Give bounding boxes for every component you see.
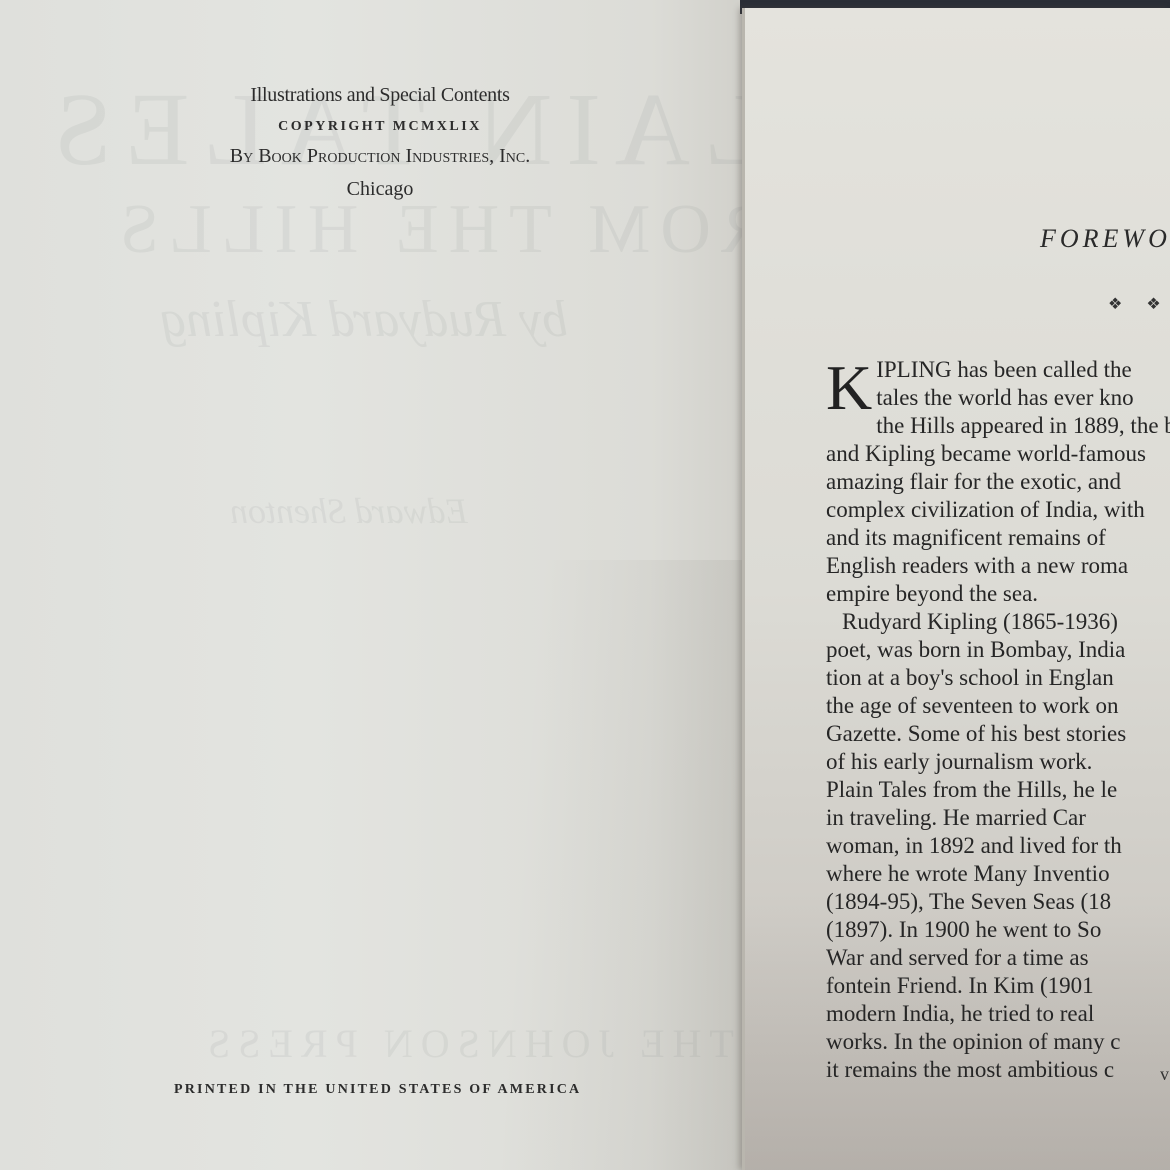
- show-through-subtitle: FROM THE HILLS: [110, 190, 817, 270]
- text-line: the age of seventeen to work on: [826, 692, 1170, 720]
- text-line: Gazette. Some of his best stories: [826, 720, 1170, 748]
- text-line: tion at a boy's school in Englan: [826, 664, 1170, 692]
- text-line: empire beyond the sea.: [826, 580, 1170, 608]
- text-line: of his early journalism work.: [826, 748, 1170, 776]
- text-line: War and served for a time as: [826, 944, 1170, 972]
- page-number: v: [1160, 1064, 1169, 1085]
- text-line: Plain Tales from the Hills, he le: [826, 776, 1170, 804]
- ornament-divider-icon: ❖ ❖ ❖: [1108, 294, 1170, 314]
- text-line: and its magnificent remains of: [826, 524, 1170, 552]
- imprint-line-city: Chicago: [150, 178, 610, 201]
- text-line: amazing flair for the exotic, and: [826, 468, 1170, 496]
- foreword-body: K IPLING has been called the tales the w…: [826, 356, 1170, 1084]
- imprint-line-publisher: By Book Production Industries, Inc.: [150, 145, 610, 168]
- show-through-author: by Rudyard Kipling: [160, 290, 568, 349]
- imprint-line-copyright: COPYRIGHT MCMXLIX: [150, 119, 610, 135]
- left-page: PLAIN TALES FROM THE HILLS by Rudyard Ki…: [0, 0, 765, 1170]
- text-line: tales the world has ever kno: [826, 384, 1170, 412]
- text-line: woman, in 1892 and lived for th: [826, 832, 1170, 860]
- text-line: (1897). In 1900 he went to So: [826, 916, 1170, 944]
- text-line: it remains the most ambitious c: [826, 1056, 1170, 1084]
- imprint-line-illustrations: Illustrations and Special Contents: [150, 84, 610, 107]
- text-line: the Hills appeared in 1889, the bo: [826, 412, 1170, 440]
- text-line: works. In the opinion of many c: [826, 1028, 1170, 1056]
- text-line: modern India, he tried to real: [826, 1000, 1170, 1028]
- text-line: poet, was born in Bombay, India: [826, 636, 1170, 664]
- text-line: (1894-95), The Seven Seas (18: [826, 888, 1170, 916]
- text-line: in traveling. He married Car: [826, 804, 1170, 832]
- drop-cap: K: [826, 362, 872, 414]
- text-line: English readers with a new roma: [826, 552, 1170, 580]
- text-line: fontein Friend. In Kim (1901: [826, 972, 1170, 1000]
- show-through-illustrator: Edward Shenton: [230, 490, 468, 532]
- text-line: and Kipling became world-famous: [826, 440, 1170, 468]
- text-line: where he wrote Many Inventio: [826, 860, 1170, 888]
- copyright-imprint: Illustrations and Special Contents COPYR…: [150, 84, 610, 201]
- text-line: complex civilization of India, with: [826, 496, 1170, 524]
- text-line: Rudyard Kipling (1865-1936): [826, 608, 1170, 636]
- foreword-heading: FOREWORD: [1040, 224, 1170, 254]
- printed-in-notice: PRINTED IN THE UNITED STATES OF AMERICA: [174, 1082, 581, 1098]
- text-line: IPLING has been called the: [826, 356, 1170, 384]
